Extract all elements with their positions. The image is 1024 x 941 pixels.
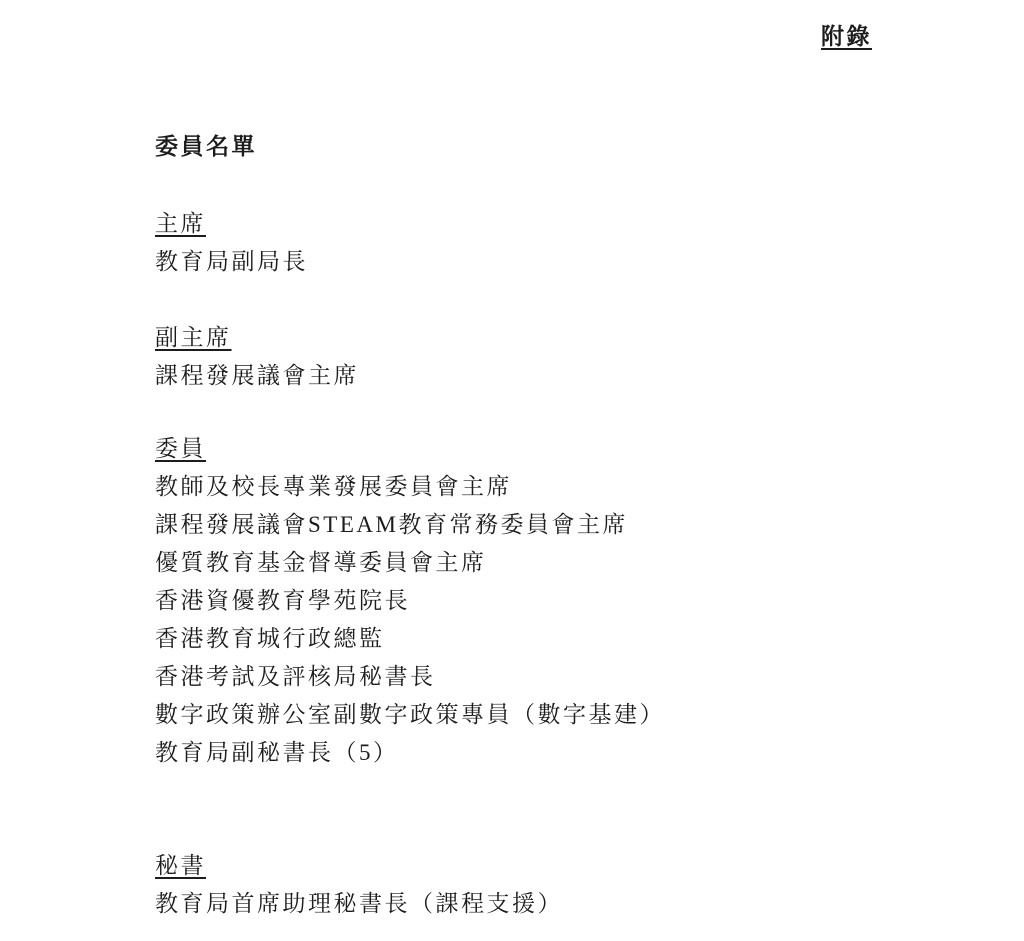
member-line: 課程發展議會主席 [155, 362, 359, 390]
appendix-label: 附錄 [821, 23, 872, 51]
section-heading-vice-chairperson: 副主席 [155, 324, 232, 352]
section-heading-secretary: 秘書 [155, 852, 206, 880]
section-heading-chairperson: 主席 [155, 210, 206, 238]
member-line: 香港資優教育學苑院長 [155, 587, 410, 615]
member-line: 教育局副秘書長（5） [155, 739, 399, 767]
member-line: 教育局副局長 [155, 248, 308, 276]
member-line: 課程發展議會STEAM教育常務委員會主席 [155, 511, 628, 539]
member-line: 數字政策辦公室副數字政策專員（數字基建） [155, 701, 665, 729]
member-line: 優質教育基金督導委員會主席 [155, 549, 487, 577]
member-line: 香港教育城行政總監 [155, 625, 385, 653]
page-title: 委員名單 [155, 133, 257, 161]
member-line: 教育局首席助理秘書長（課程支援） [155, 890, 563, 918]
section-heading-members: 委員 [155, 435, 206, 463]
member-line: 香港考試及評核局秘書長 [155, 663, 436, 691]
member-line: 教師及校長專業發展委員會主席 [155, 473, 512, 501]
document-page: 附錄 委員名單 主席 教育局副局長 副主席 課程發展議會主席 委員 教師及校長專… [0, 0, 1024, 941]
